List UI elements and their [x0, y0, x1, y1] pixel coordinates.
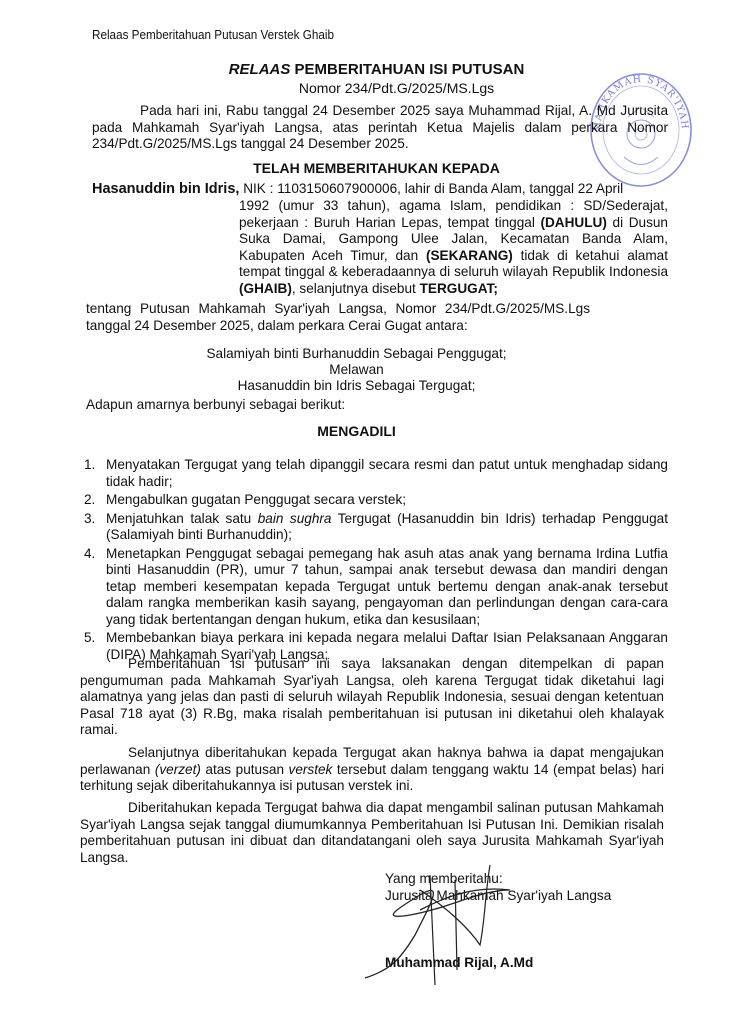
title-rest: PEMBERITAHUAN ISI PUTUSAN — [290, 61, 524, 78]
defendant-line: Hasanuddin bin Idris Sebagai Tergugat; — [0, 378, 753, 393]
about-paragraph: tentang Putusan Mahkamah Syar'iyah Langs… — [86, 301, 590, 334]
opening-paragraph: Pada hari ini, Rabu tanggal 24 Desember … — [92, 103, 668, 153]
verdict-item: 4.Menetapkan Penggugat sebagai pemegang … — [84, 546, 668, 629]
versus-line: Melawan — [0, 362, 753, 377]
signer-name: Muhammad Rijal, A.Md — [385, 955, 533, 970]
verdict-item: 1.Menyatakan Tergugat yang telah dipangg… — [84, 457, 668, 490]
defendant-name: Hasanuddin bin Idris, — [92, 181, 239, 197]
document-page: Relaas Pemberitahuan Putusan Verstek Gha… — [0, 0, 753, 1024]
title-italic: RELAAS — [229, 61, 291, 78]
notice-paragraph: Pemberitahuan isi putusan ini saya laksa… — [80, 656, 664, 739]
notified-heading: TELAH MEMBERITAHUKAN KEPADA — [0, 160, 753, 176]
copy-paragraph: Diberitahukan kepada Tergugat bahwa dia … — [80, 800, 664, 866]
plaintiff-line: Salamiyah binti Burhanuddin Sebagai Peng… — [0, 346, 753, 361]
verdict-item: 3.Menjatuhkan talak satu bain sughra Ter… — [84, 511, 668, 544]
verdict-heading: MENGADILI — [0, 423, 753, 439]
verdict-list: 1.Menyatakan Tergugat yang telah dipangg… — [84, 457, 668, 665]
verzet-paragraph: Selanjutnya diberitahukan kepada Terguga… — [80, 745, 664, 795]
document-header-note: Relaas Pemberitahuan Putusan Verstek Gha… — [92, 27, 334, 42]
party-details: 1992 (umur 33 tahun), agama Islam, pendi… — [239, 198, 668, 297]
party-identity: Hasanuddin bin Idris, NIK : 110315060790… — [92, 181, 668, 198]
verdict-item: 2.Mengabulkan gugatan Penggugat secara v… — [84, 492, 668, 509]
amar-intro: Adapun amarnya berbunyi sebagai berikut: — [86, 397, 586, 414]
handwritten-signature-icon — [360, 860, 540, 990]
